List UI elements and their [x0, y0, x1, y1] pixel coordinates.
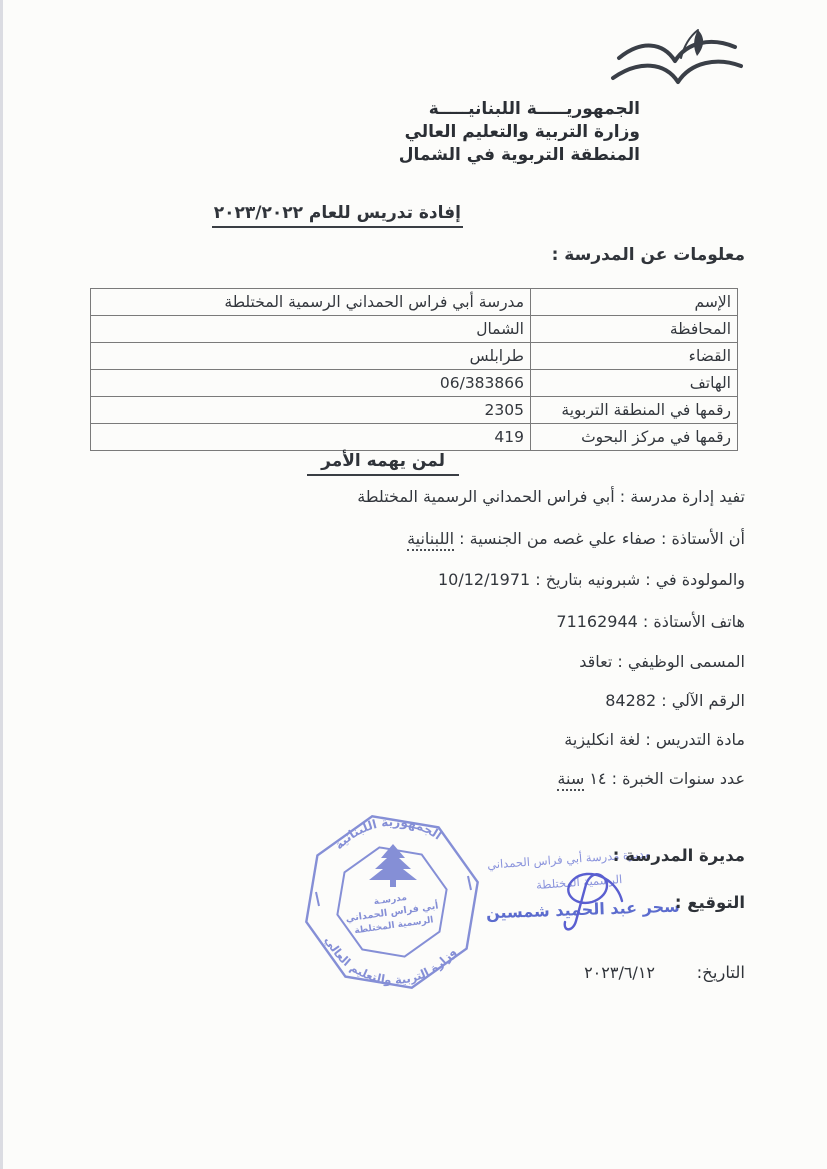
document-title: إفادة تدريس للعام ٢٠٢٣/٢٠٢٢ [212, 203, 463, 228]
letter-line-school: تفيد إدارة مدرسة : أبي فراس الحمداني الر… [357, 487, 745, 506]
letterhead: الجمهوريـــــة اللبنانيـــــة وزارة التر… [399, 98, 640, 167]
row-label: رقمها في مركز البحوث [531, 424, 738, 451]
row-value: 2305 [91, 397, 531, 424]
ministry-name: وزارة التربية والتعليم العالي [399, 121, 640, 144]
letter-heading: لمن يهمه الأمر [307, 451, 459, 476]
years-underlined: سنة [557, 769, 584, 791]
open-book-quill-logo-icon [605, 28, 755, 108]
table-row: المحافظة الشمال [91, 316, 738, 343]
handwritten-signature [534, 855, 634, 940]
svg-text:الجمهورية اللبنانية: الجمهورية اللبنانية [332, 815, 445, 852]
date-label: التاريخ: [697, 963, 745, 982]
letter-line-experience: عدد سنوات الخبرة : ١٤ سنة [557, 769, 745, 788]
letter-line-job-title: المسمى الوظيفي : تعاقد [579, 652, 745, 671]
republic-name: الجمهوريـــــة اللبنانيـــــة [399, 98, 640, 121]
table-row: الإسم مدرسة أبي فراس الحمداني الرسمية ال… [91, 289, 738, 316]
signature-label: التوقيع : [675, 893, 745, 912]
letter-line-teacher: أن الأستاذة : صفاء علي غصه من الجنسية : … [407, 529, 745, 548]
school-info-heading: معلومات عن المدرسة : [552, 245, 745, 265]
letter-line-phone: هاتف الأستاذة : 71162944 [556, 612, 745, 631]
row-label: القضاء [531, 343, 738, 370]
scanned-document-page: الجمهوريـــــة اللبنانيـــــة وزارة التر… [0, 0, 827, 1169]
table-row: رقمها في مركز البحوث 419 [91, 424, 738, 451]
table-row: الهاتف 06/383866 [91, 370, 738, 397]
row-label: المحافظة [531, 316, 738, 343]
letter-line-auto-number: الرقم الآلي : 84282 [605, 691, 745, 710]
experience-line-text: عدد سنوات الخبرة : ١٤ [584, 769, 745, 788]
stamp-ring-bottom-text: وزارة التربية والتعليم العالي [322, 934, 459, 988]
row-value: الشمال [91, 316, 531, 343]
row-label: رقمها في المنطقة التربوية [531, 397, 738, 424]
row-value: 06/383866 [91, 370, 531, 397]
row-value: 419 [91, 424, 531, 451]
row-value: مدرسة أبي فراس الحمداني الرسمية المختلطة [91, 289, 531, 316]
row-value: طرابلس [91, 343, 531, 370]
letter-line-birth: والمولودة في : شبرونيه بتاريخ : 10/12/19… [438, 570, 745, 589]
letter-line-subject: مادة التدريس : لغة انكليزية [564, 730, 745, 749]
row-label: الهاتف [531, 370, 738, 397]
official-octagon-stamp: الجمهورية اللبنانية وزارة التربية والتعل… [292, 812, 497, 994]
date-value: ٢٠٢٣/٦/١٢ [584, 963, 655, 982]
principal-label: مديرة المدرسة : [613, 846, 745, 865]
school-info-table: الإسم مدرسة أبي فراس الحمداني الرسمية ال… [90, 288, 738, 451]
educational-region: المنطقة التربوية في الشمال [399, 144, 640, 167]
teacher-line-text: أن الأستاذة : صفاء علي غصه من الجنسية : [454, 529, 745, 548]
scanner-edge-artifact [0, 0, 3, 1169]
svg-text:وزارة التربية والتعليم العالي: وزارة التربية والتعليم العالي [322, 934, 459, 988]
table-row: رقمها في المنطقة التربوية 2305 [91, 397, 738, 424]
table-row: القضاء طرابلس [91, 343, 738, 370]
row-label: الإسم [531, 289, 738, 316]
stamp-ring-top-text: الجمهورية اللبنانية [332, 815, 445, 852]
nationality-underlined: اللبنانية [407, 529, 454, 551]
